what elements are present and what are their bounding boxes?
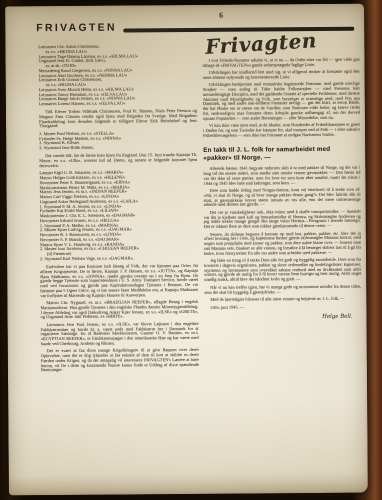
article-paragraph: Senere, da skibene begynte å komme op me… [204,231,361,256]
article-paragraph: Allerede høsten 1941 begynte rederiets s… [203,166,360,186]
left-column: Letmatros Chr. Anton Christensen,ex s.s.… [38,44,199,376]
crew-list-brigade: 3. Mester Poul Nielsen, ex s.s. «STELLA»… [39,131,197,151]
editorial-paragraph: I vort Friheds-Nummer udtalte vi, at vi … [203,57,360,68]
paragraph-paratrooper: Letmatros Jens Poul Jensen, ex s.s. «ILS… [41,322,199,347]
right-column: Frivagten I vort Friheds-Nummer udtalte … [202,43,361,321]
article-heading: En takk til J. L. folk for samarbeidet m… [203,146,360,163]
signature: Helge Bell. [205,315,353,321]
paragraph-nygaard: Matros Chr. Nygaard, ex m.s. «BRAZILIAN … [40,300,198,320]
crew-list-england: Lamper Eigil G. B. Johansen, ex s.s. «MA… [39,170,198,261]
article-paragraph: Jeg føler en trang til å takke Dere alle… [204,258,361,283]
masthead-title: FRIVAGTEN [36,22,117,35]
paragraph-visits: Endvidere har vi paa Kontoret haft Besøg… [40,264,198,298]
scanned-page-photo: 6 FRIVAGTEN Letmatros Chr. Anton Christe… [0,0,382,500]
article-paragraph: Det var jo vanskeligheter nok, ikke mins… [204,210,361,230]
magazine-page: 6 FRIVAGTEN Letmatros Chr. Anton Christe… [5,4,368,496]
editorial-paragraph: Udviklingen har imidlertid ført med sig,… [203,70,360,81]
article-paragraph: Dere som hadde føling med Norges-fartene… [204,188,361,208]
editorial-paragraph: Udviklingen herhjemme med romantiske beg… [203,82,360,121]
masthead-rule [123,27,354,32]
crew-list-line: 2. Styrmand Karl Nielsen Vage, ex s.s. «… [40,256,198,262]
paragraph-reports: Det er svært at faa disse mange Krigsdel… [41,348,199,373]
paragraph-brigade: Tidl. Elever Torben Videbæk Christensen,… [39,109,197,129]
editorial-section: I vort Friheds-Nummer udtalte vi, at vi … [203,57,361,138]
editorial-paragraph: Vi kan ikke være tjent med, at de Ideale… [203,123,360,138]
closing-place-date: Oslo, juni 1945. — [204,304,361,310]
article-paragraph: Når vi nu kan treffes igjen, har vi mang… [204,284,361,295]
paragraph-england: Det varede lidt, før de første kom hjem … [39,153,197,168]
article-body: Allerede høsten 1941 begynte rederiets s… [203,166,361,303]
crew-list-sweden: Letmatros Chr. Anton Christensen,ex s.s.… [38,44,196,107]
page-number: 6 [219,11,223,20]
frivagten-script-logo: Frivagten [205,36,359,50]
article-paragraph: Med de hjerteligste hilsener til alle mi… [204,297,361,303]
crew-list-line: 2. Styrmand Jens Bilde Jensen. [39,145,197,151]
crew-list-line: Letmatros Lorenz Hansen, ex s.s. «JELVA … [39,101,197,107]
